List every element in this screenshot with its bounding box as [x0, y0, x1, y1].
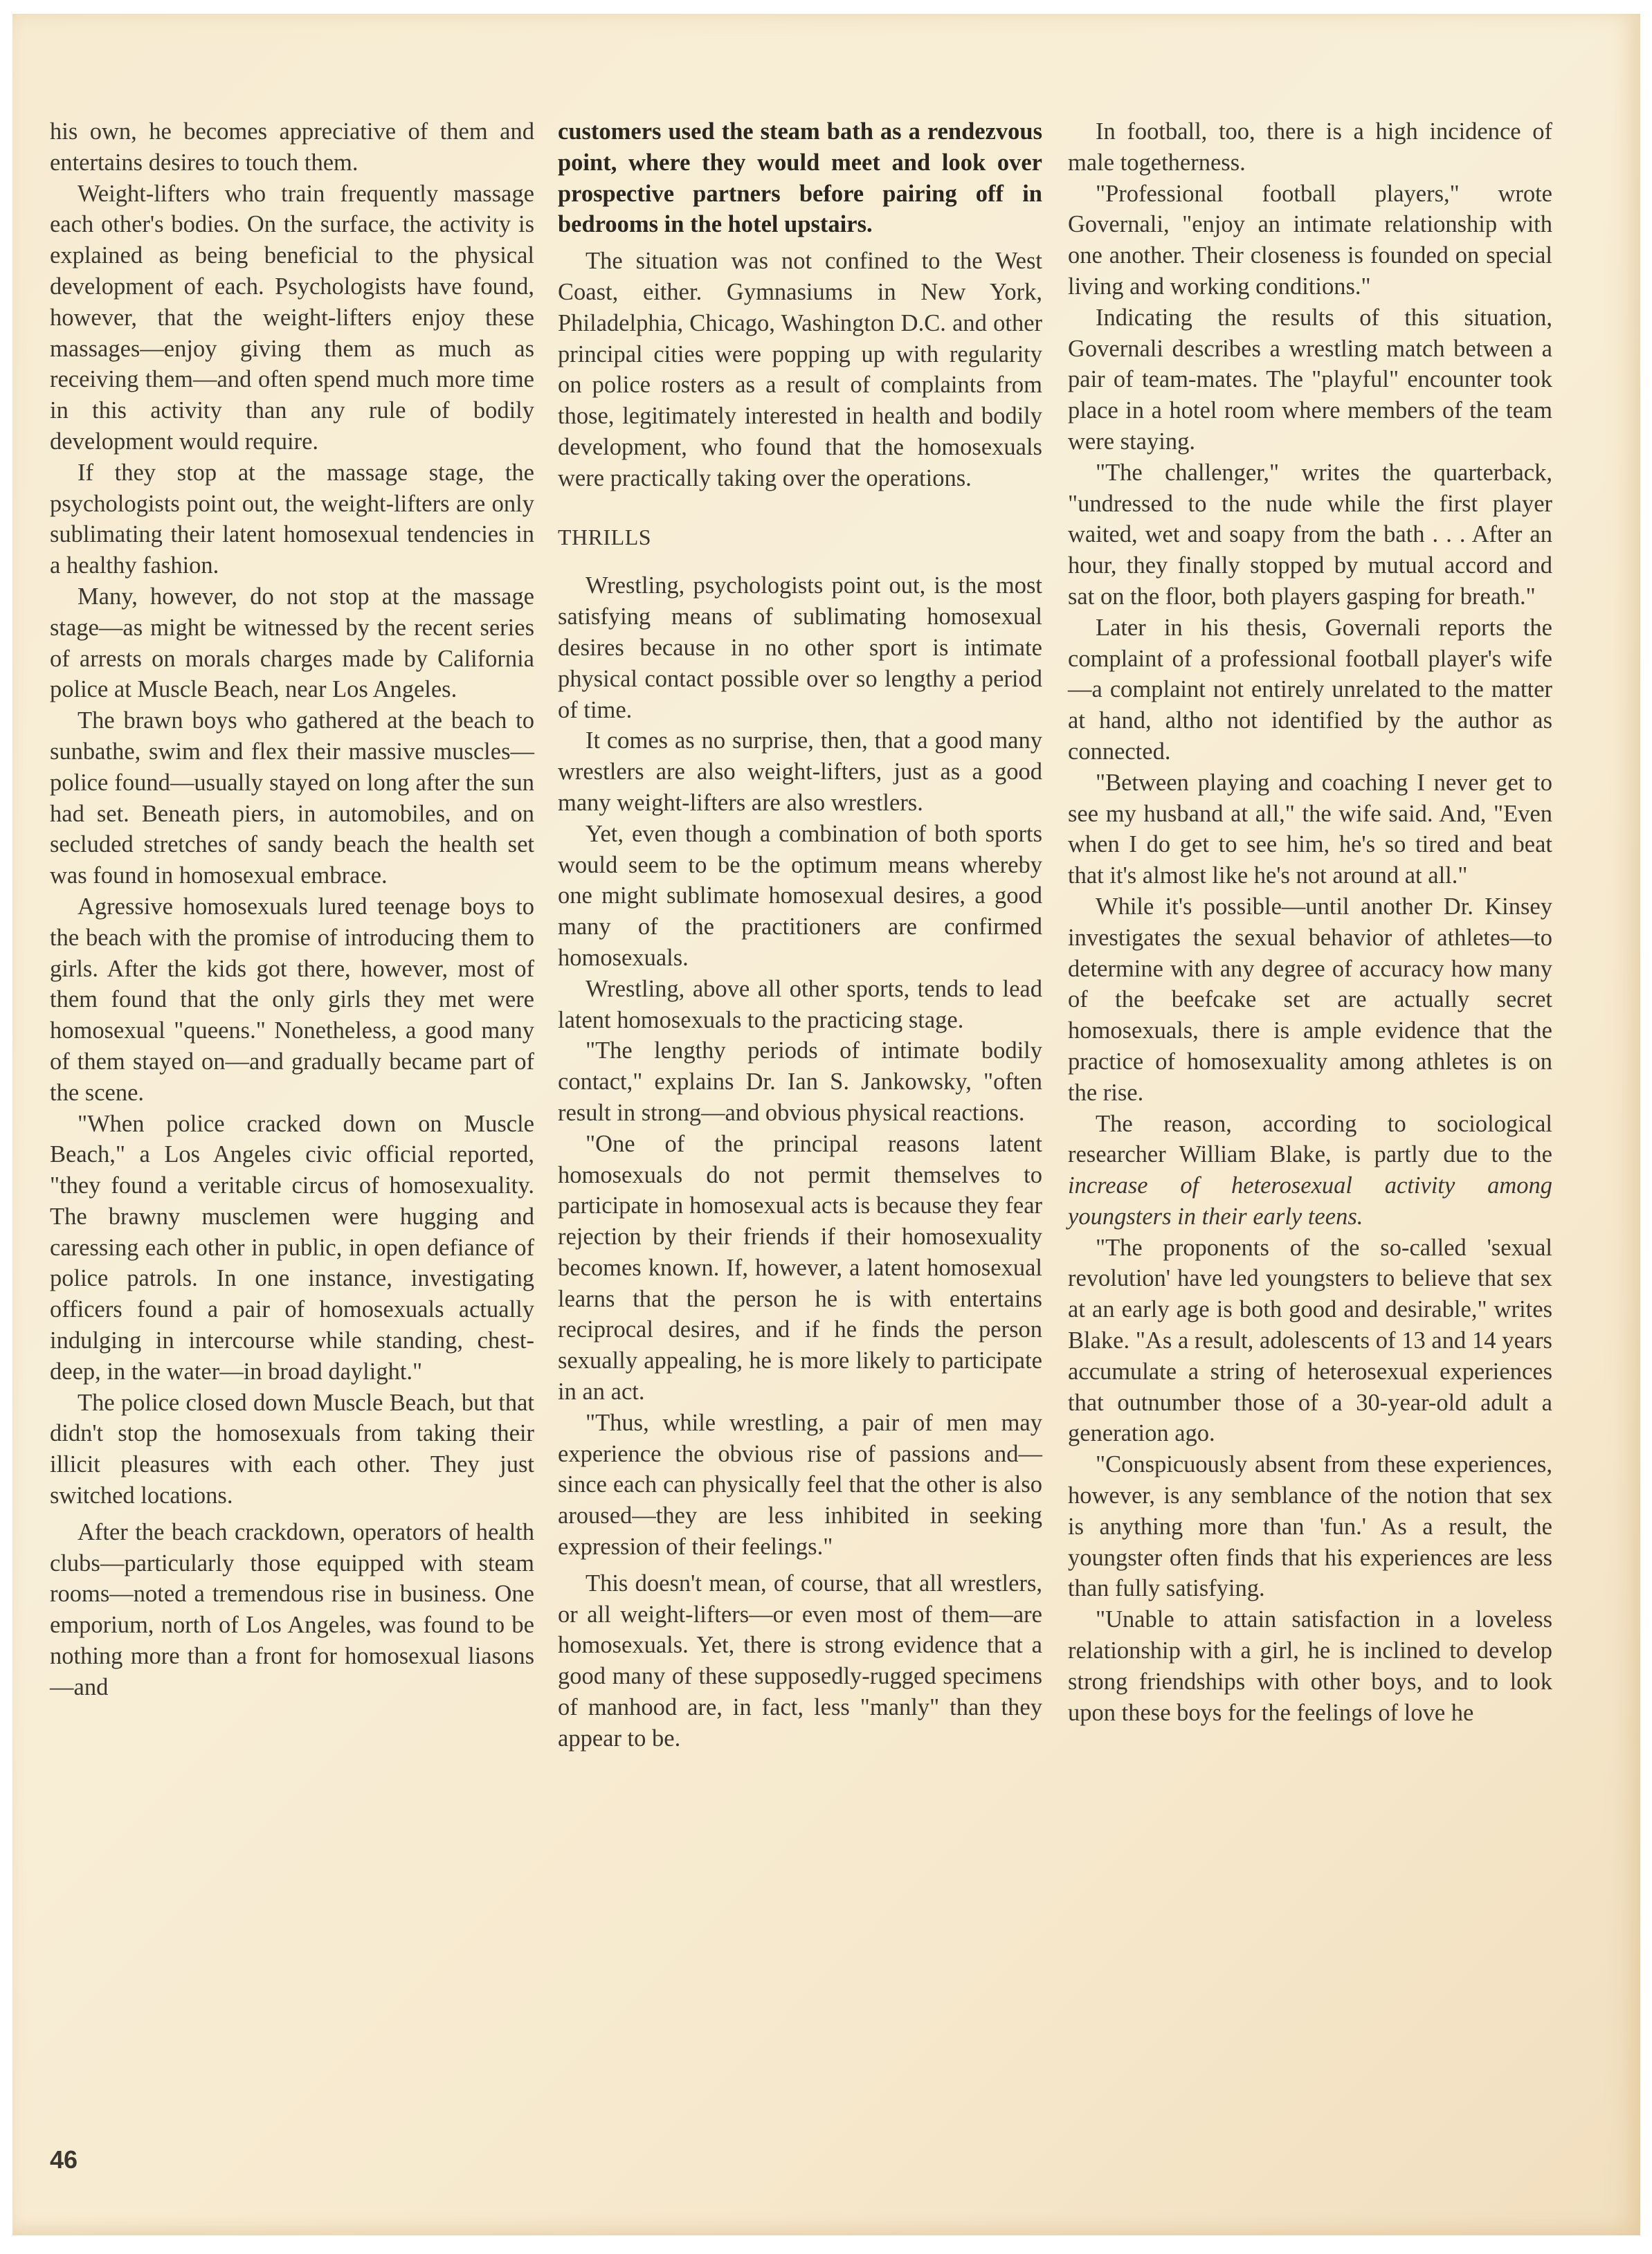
- paragraph: Weight-lifters who train frequently mass…: [50, 179, 534, 457]
- paragraph: The brawn boys who gathered at the beach…: [50, 705, 534, 891]
- paragraph: his own, he becomes appreciative of them…: [50, 116, 534, 179]
- paragraph-text: The reason, according to sociological re…: [1068, 1111, 1552, 1168]
- paragraph: If they stop at the massage stage, the p…: [50, 457, 534, 581]
- paragraph: "Thus, while wrestling, a pair of men ma…: [558, 1408, 1042, 1563]
- paragraph: In football, too, there is a high incide…: [1068, 116, 1552, 179]
- paragraph: "When police cracked down on Muscle Beac…: [50, 1109, 534, 1388]
- section-heading: THRILLS: [558, 522, 1042, 553]
- paragraph: Later in his thesis, Governali reports t…: [1068, 612, 1552, 767]
- paragraph: After the beach crackdown, operators of …: [50, 1517, 534, 1703]
- paragraph: It comes as no surprise, then, that a go…: [558, 725, 1042, 818]
- column-1: his own, he becomes appreciative of them…: [50, 116, 534, 1703]
- paragraph: This doesn't mean, of course, that all w…: [558, 1568, 1042, 1754]
- paragraph: While it's possible—until another Dr. Ki…: [1068, 891, 1552, 1109]
- magazine-page: his own, he becomes appreciative of them…: [12, 14, 1640, 2235]
- paragraph: "The challenger," writes the quarterback…: [1068, 457, 1552, 612]
- page-number: 46: [50, 2145, 78, 2174]
- paragraph: Many, however, do not stop at the massag…: [50, 581, 534, 705]
- paragraph: The reason, according to sociological re…: [1068, 1109, 1552, 1233]
- paragraph: Indicating the results of this situation…: [1068, 302, 1552, 457]
- paragraph: "The lengthy periods of intimate bodily …: [558, 1035, 1042, 1128]
- paragraph: Wrestling, psychologists point out, is t…: [558, 570, 1042, 725]
- paragraph: customers used the steam bath as a rende…: [558, 116, 1042, 240]
- paragraph: "Professional football players," wrote G…: [1068, 179, 1552, 302]
- paragraph: "One of the principal reasons latent hom…: [558, 1129, 1042, 1408]
- paragraph: "The proponents of the so-called 'sexual…: [1068, 1233, 1552, 1450]
- paragraph: "Between playing and coaching I never ge…: [1068, 767, 1552, 891]
- paragraph: Agressive homosexuals lured teenage boys…: [50, 891, 534, 1109]
- paragraph: The situation was not confined to the We…: [558, 246, 1042, 493]
- paragraph: The police closed down Muscle Beach, but…: [50, 1388, 534, 1511]
- paragraph: Wrestling, above all other sports, tends…: [558, 974, 1042, 1036]
- paragraph: "Unable to attain satisfaction in a love…: [1068, 1604, 1552, 1728]
- paragraph: "Conspicuously absent from these experie…: [1068, 1449, 1552, 1604]
- emphasized-text: increase of heterosexual activity among …: [1068, 1172, 1552, 1230]
- column-3: In football, too, there is a high incide…: [1068, 116, 1552, 1728]
- paragraph: Yet, even though a combination of both s…: [558, 819, 1042, 974]
- column-2: customers used the steam bath as a rende…: [558, 116, 1042, 1754]
